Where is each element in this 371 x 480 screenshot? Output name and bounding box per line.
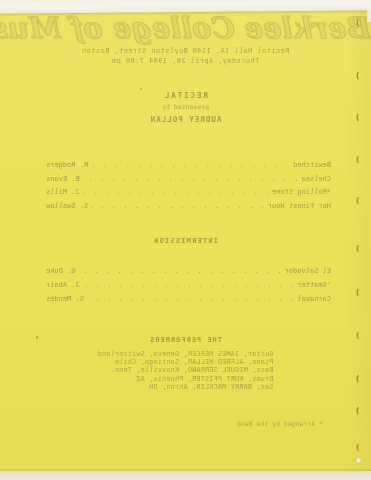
- berklee-logo: Berklee College of Music: [0, 13, 371, 43]
- venue-line: Recital Hall 1A, 1140 Boylston Street, B…: [0, 46, 371, 56]
- composer-name: S. Swallow: [46, 200, 88, 214]
- composer-name: B. Evans: [46, 173, 80, 187]
- dot-leader: . . . . . . . . . . . . . . . . . . . . …: [83, 186, 269, 200]
- program-row: Her Finest Hour . . . . . . . . . . . . …: [46, 200, 331, 214]
- piece-title: 'Smatter: [297, 278, 331, 292]
- punch-hole-icon: [356, 458, 361, 463]
- binding-hole-icon: (: [355, 113, 363, 122]
- dot-leader: . . . . . . . . . . . . . . . . . . . . …: [83, 173, 299, 187]
- dot-leader: . . . . . . . . . . . . . . . . . . . . …: [91, 200, 265, 214]
- scanner-edge-right: [367, 0, 371, 22]
- binding-hole-icon: (: [355, 331, 363, 340]
- composer-name: S. Mendes: [46, 292, 84, 306]
- performer-line: Drums, KURT PFISTER, Phoenix, AZ: [98, 375, 274, 383]
- piece-title: Carnaval: [297, 292, 331, 306]
- mirrored-page-content: Berklee College of Music Recital Hall 1A…: [0, 0, 371, 480]
- composer-name: G. Duke: [46, 264, 76, 278]
- binding-hole-icon: (: [355, 374, 363, 383]
- dot-leader: . . . . . . . . . . . . . . . . . . . . …: [83, 278, 295, 292]
- piece-title: El Salvador: [285, 264, 331, 278]
- datetime-line: Thursday, April 26, 1984 7:00 pm: [0, 56, 371, 66]
- program-part-2: El Salvador . . . . . . . . . . . . . . …: [46, 264, 331, 306]
- dot-leader: . . . . . . . . . . . . . . . . . . . . …: [87, 292, 294, 306]
- title-block: RECITAL presented by AUDREY POLLAN: [0, 91, 371, 124]
- piece-title: Bewitched: [293, 159, 331, 173]
- scanned-program-page: Berklee College of Music Recital Hall 1A…: [0, 0, 371, 480]
- ink-speck: [36, 336, 38, 339]
- binding-hole-icon: (: [355, 155, 363, 164]
- composer-name: R. Rodgers: [46, 159, 88, 173]
- performer-line: Bass, MIGUEL SERRANO, Knoxville, Tenn.: [98, 366, 274, 374]
- program-row: Carnaval . . . . . . . . . . . . . . . .…: [46, 292, 331, 306]
- piece-title: Chelsea: [301, 173, 331, 187]
- composer-name: J. Abair: [46, 278, 80, 292]
- program-part-1: Bewitched . . . . . . . . . . . . . . . …: [46, 159, 331, 213]
- ink-speck: [140, 88, 142, 90]
- binding-hole-icon: (: [355, 196, 363, 205]
- program-row: Chelsea . . . . . . . . . . . . . . . . …: [46, 173, 331, 187]
- binding-hole-icon: (: [355, 244, 363, 253]
- program-row: 'Smatter . . . . . . . . . . . . . . . .…: [46, 278, 331, 292]
- composer-name: J. Mills: [46, 186, 80, 200]
- piece-title: Her Finest Hour: [268, 200, 331, 214]
- arranger-footnote: * Arranged by the Band: [0, 420, 323, 428]
- performer-line: Guitar, JAMES MERCER, Geneva, Switzerlan…: [98, 350, 274, 358]
- scanner-edge-bottom: [0, 471, 371, 480]
- presented-by-label: presented by: [0, 103, 371, 111]
- performers-heading: THE PERFORMERS: [0, 336, 371, 344]
- program-row: El Salvador . . . . . . . . . . . . . . …: [46, 264, 331, 278]
- binding-hole-icon: (: [355, 18, 363, 27]
- binding-hole-icon: (: [355, 443, 363, 452]
- dot-leader: . . . . . . . . . . . . . . . . . . . . …: [91, 159, 290, 173]
- binding-hole-icon: (: [355, 406, 363, 415]
- performer-line: Sax, BARRY MACKLIN, Akron, OH: [98, 383, 274, 391]
- recital-title: RECITAL: [0, 91, 371, 100]
- dot-leader: . . . . . . . . . . . . . . . . . . . . …: [79, 264, 282, 278]
- presenter-name: AUDREY POLLAN: [0, 115, 371, 124]
- program-row: Bewitched . . . . . . . . . . . . . . . …: [46, 159, 331, 173]
- binding-hole-icon: (: [355, 288, 363, 297]
- piece-title: *Rolling Stone: [272, 186, 331, 200]
- program-row: *Rolling Stone . . . . . . . . . . . . .…: [46, 186, 331, 200]
- performers-block: Guitar, JAMES MERCER, Geneva, Switzerlan…: [0, 350, 371, 393]
- binding-hole-icon: (: [355, 71, 363, 80]
- performer-line: Piano, ALFRED MILLAR, Santiago, Chile: [98, 358, 274, 366]
- intermission-heading: INTERMISSION: [0, 237, 371, 245]
